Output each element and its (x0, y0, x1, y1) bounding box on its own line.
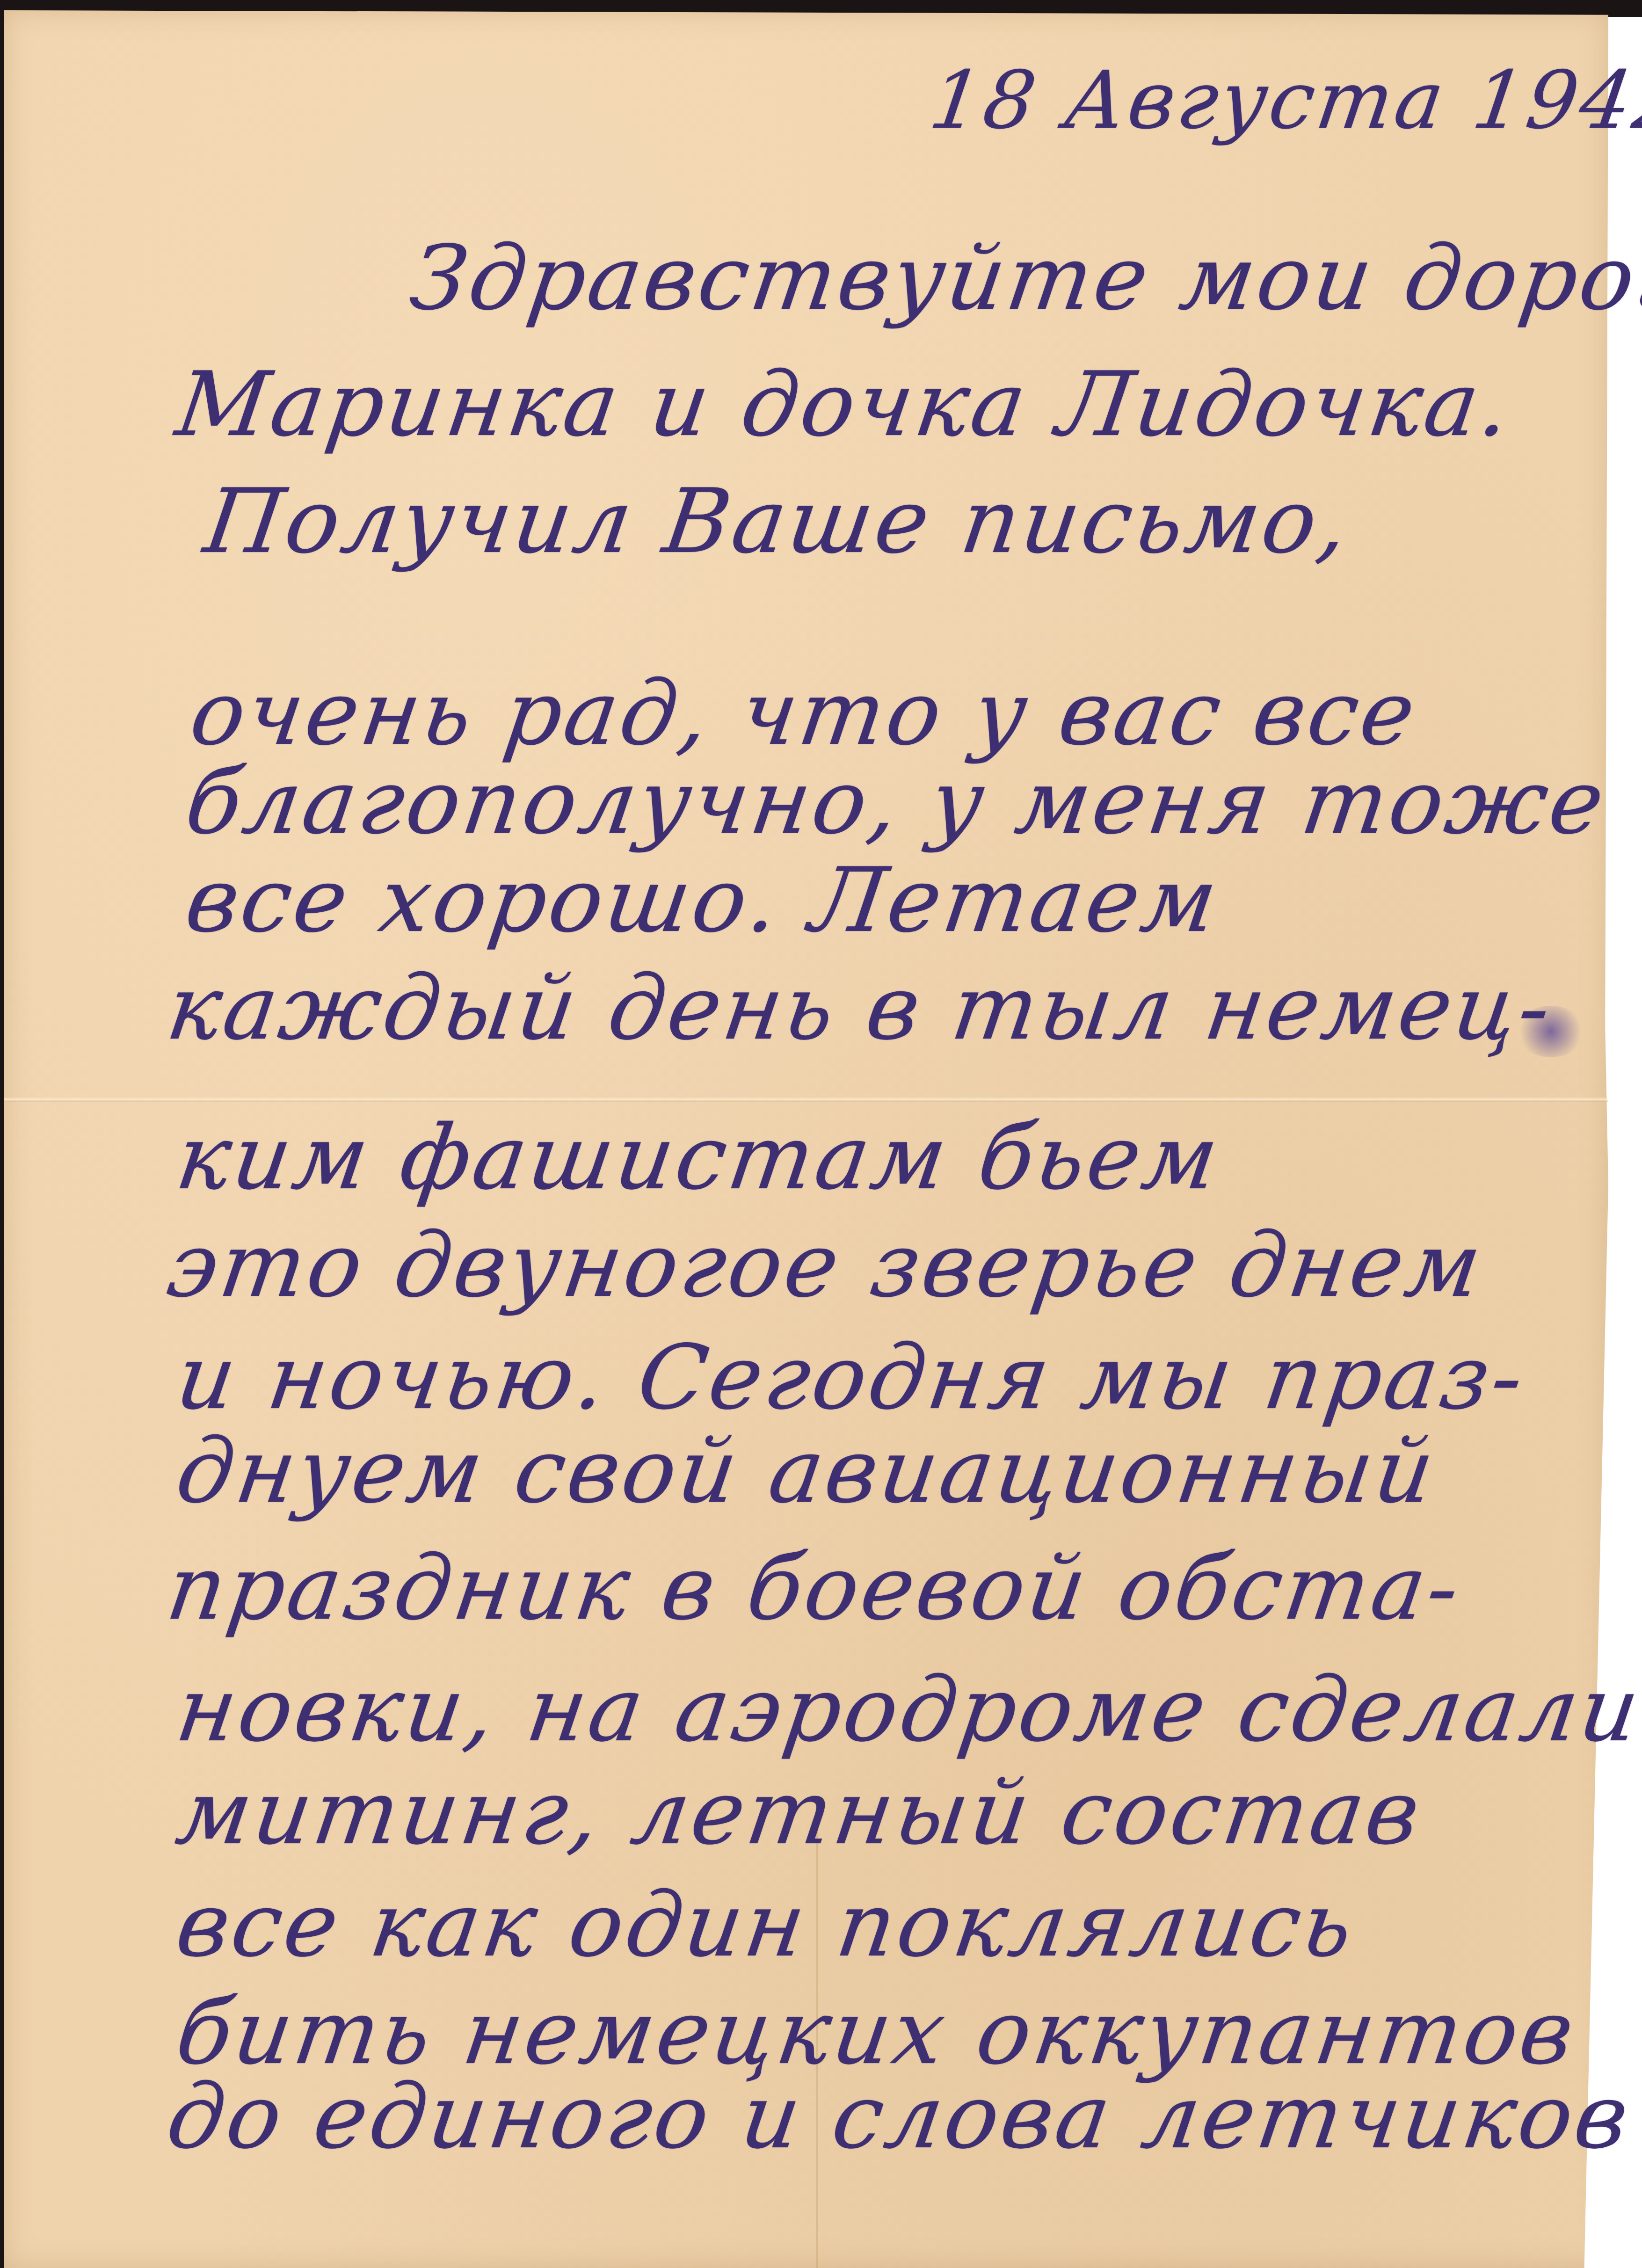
letter-line: новки, на аэродроме сделали (172, 1665, 1642, 1754)
letter-line: праздник в боевой обста- (162, 1544, 1467, 1633)
letter-line: все как один поклялись (172, 1881, 1361, 1970)
letter-line: ким фашистам бьем (172, 1113, 1226, 1202)
letter-line: и ночью. Сегодня мы праз- (172, 1333, 1531, 1422)
letter-line: Маринка и дочка Лидочка. (172, 360, 1518, 449)
letter-date: 18 Августа 1942 г. (925, 61, 1642, 140)
letter-line: очень рад, что у вас все (186, 669, 1423, 758)
letter-line: бить немецких оккупантов (172, 1988, 1582, 2077)
letter-line-greeting: Здравствуйте мои дорогие (406, 234, 1642, 323)
letter-line: это двуногое зверье днем (162, 1221, 1489, 1310)
letter-line: днуем свой авиационный (172, 1427, 1442, 1516)
letter-line: каждый день в тыл немец- (162, 964, 1559, 1053)
letter-line: Получил Ваше письмо, (200, 477, 1357, 566)
letter-body: 18 Августа 1942 г. Здравствуйте мои доро… (0, 0, 1642, 2268)
letter-line: митинг, летный состав (172, 1768, 1428, 1857)
letter-line: благополучно, у меня тоже (181, 758, 1612, 847)
letter-line: все хорошо. Летаем (181, 856, 1225, 945)
letter-line: до единого и слова летчиков (162, 2072, 1636, 2161)
